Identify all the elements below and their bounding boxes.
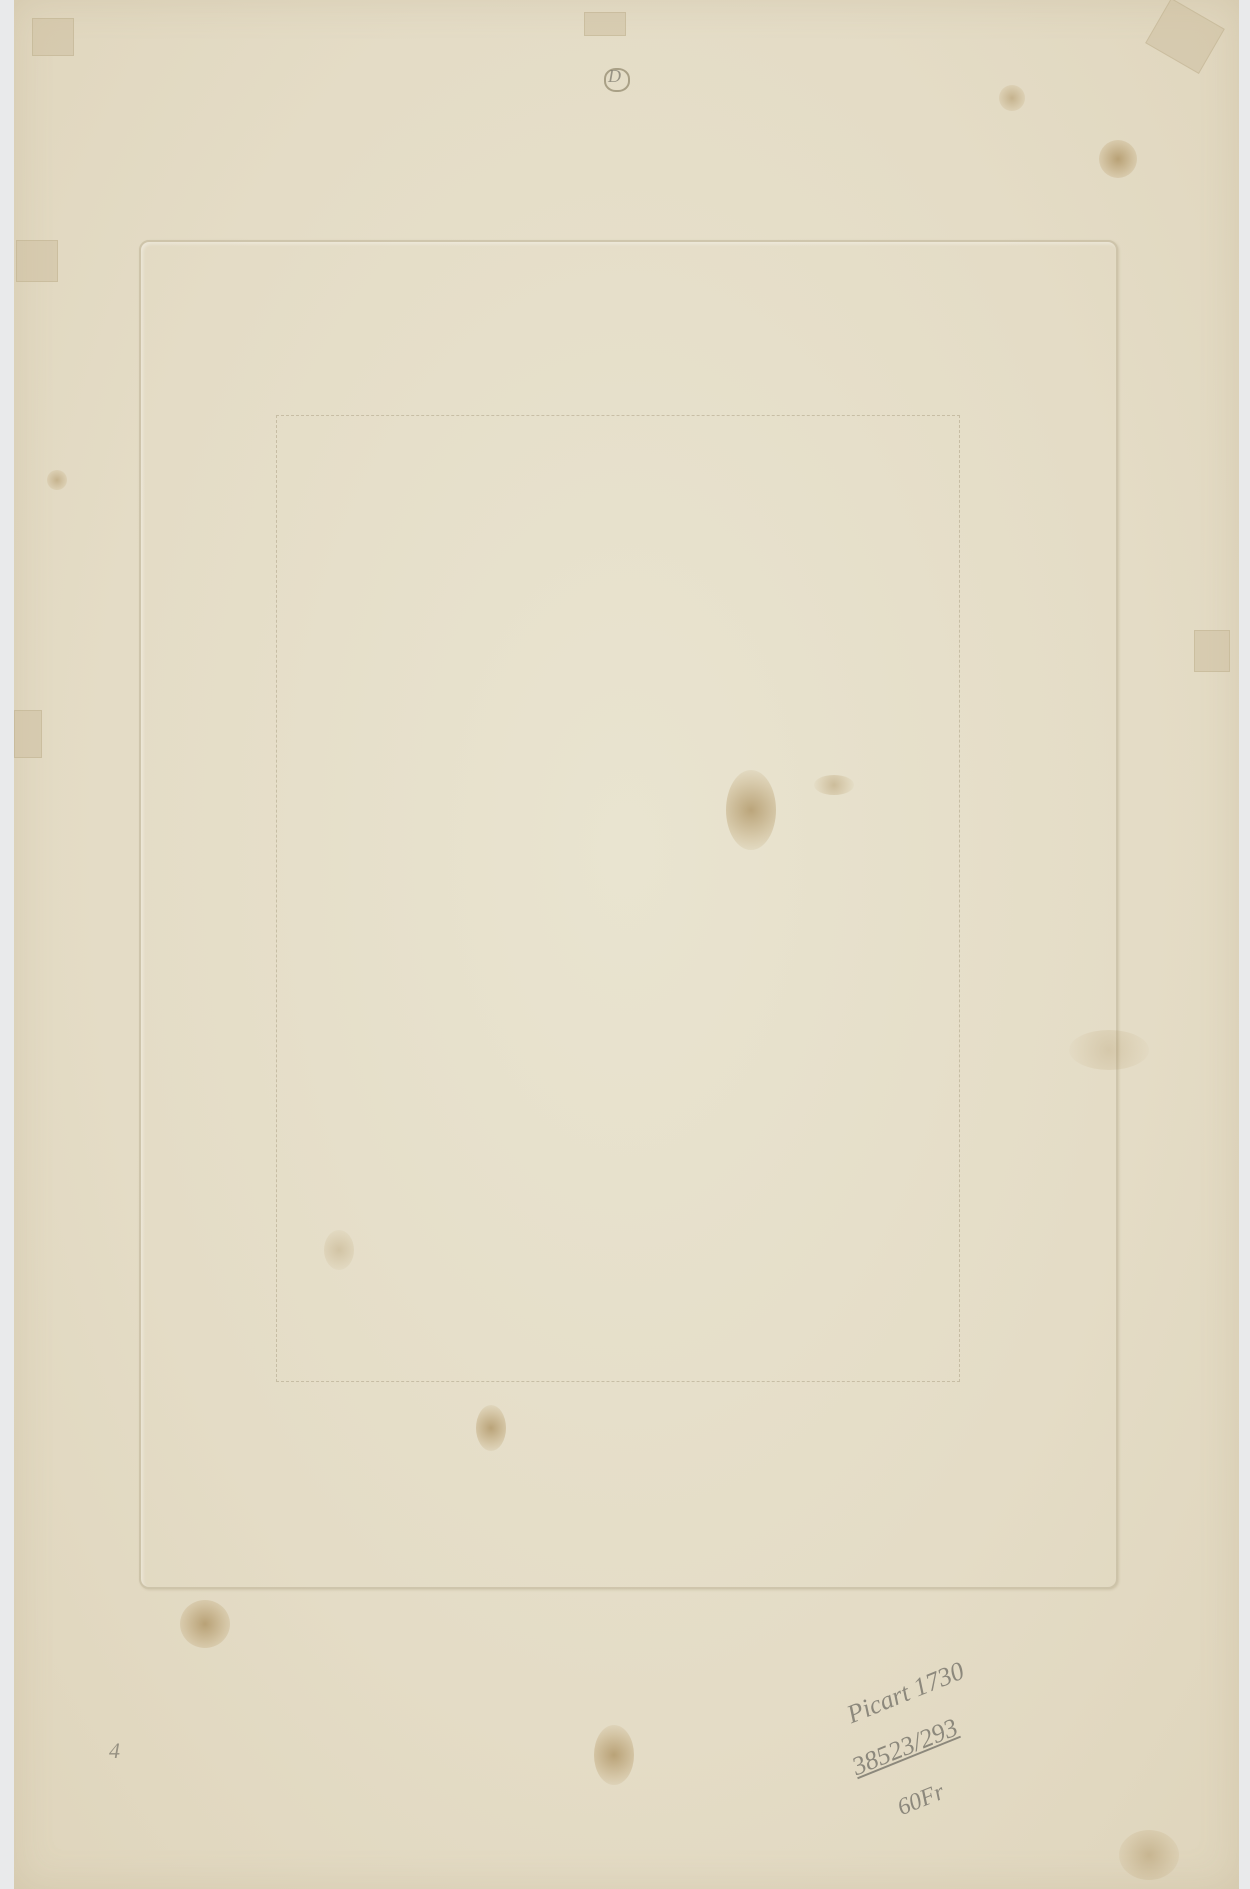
stain bbox=[1119, 1830, 1179, 1880]
stain bbox=[1099, 140, 1137, 178]
pencil-mark: 4 bbox=[109, 1738, 120, 1764]
plate-mark-inner bbox=[276, 415, 960, 1382]
top-stamp-letter: D bbox=[608, 66, 621, 87]
tape-remnant bbox=[1194, 630, 1230, 672]
stain bbox=[476, 1405, 506, 1451]
paper-sheet: D 4 Picart 1730 38523/293 60Fr bbox=[14, 0, 1239, 1889]
stain bbox=[180, 1600, 230, 1648]
annotation-price: 60Fr bbox=[894, 1779, 949, 1822]
tape-remnant bbox=[584, 12, 626, 36]
stain bbox=[814, 775, 854, 795]
stain bbox=[47, 470, 67, 490]
stain bbox=[1069, 1030, 1149, 1070]
stain bbox=[594, 1725, 634, 1785]
tape-remnant bbox=[1145, 0, 1225, 74]
stain bbox=[999, 85, 1025, 111]
center-stain bbox=[726, 770, 776, 850]
tape-remnant bbox=[14, 710, 42, 758]
tape-remnant bbox=[32, 18, 74, 56]
tape-remnant bbox=[16, 240, 58, 282]
stain bbox=[324, 1230, 354, 1270]
